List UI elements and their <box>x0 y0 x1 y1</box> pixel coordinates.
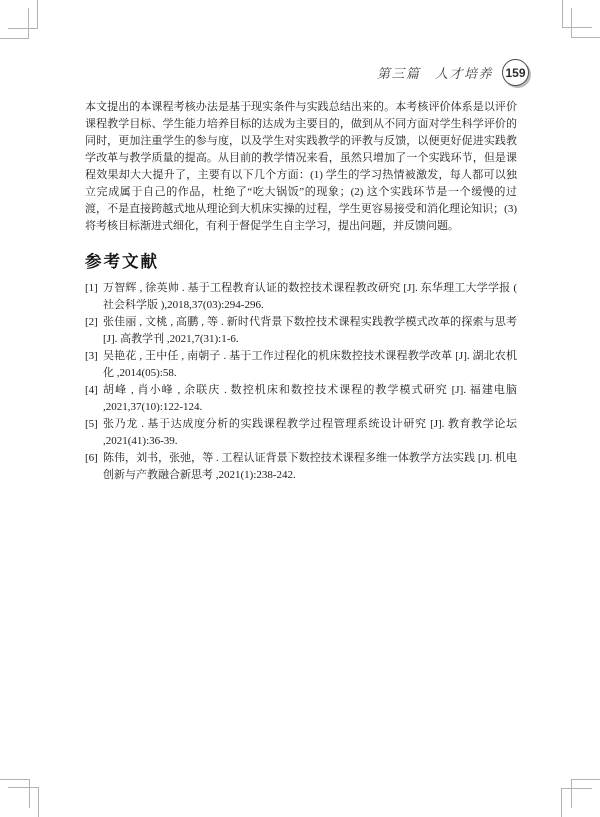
reference-item: [6] 陈伟，刘书，张弛，等 . 工程认证背景下数控技术课程多维一体教学方法实践… <box>85 450 517 484</box>
reference-text: 张乃龙 . 基于达成度分析的实践课程教学过程管理系统设计研究 [J]. 教育教学… <box>103 418 517 447</box>
section-title: 第三篇 人才培养 <box>377 63 493 82</box>
book-page: 第三篇 人才培养 159 本文提出的本课程考核办法是基于现实条件与实践总结出来的… <box>0 0 600 817</box>
corner-mark-top-right-inner <box>571 8 600 38</box>
corner-mark-bottom-right-inner <box>561 788 592 817</box>
reference-text: 胡峰 , 肖小峰 , 余联庆 . 数控机床和数控技术课程的教学模式研究 [J].… <box>103 384 517 413</box>
references-list: [1] 万智辉 , 徐英帅 . 基于工程教育认证的数控技术课程教改研究 [J].… <box>85 280 517 484</box>
running-header: 第三篇 人才培养 159 <box>377 59 529 86</box>
page-number-badge: 159 <box>502 59 529 86</box>
reference-text: 万智辉 , 徐英帅 . 基于工程教育认证的数控技术课程教改研究 [J]. 东华理… <box>103 282 517 311</box>
body-paragraph: 本文提出的本课程考核办法是基于现实条件与实践总结出来的。本考核评价体系是以评价课… <box>85 99 517 235</box>
text-column: 本文提出的本课程考核办法是基于现实条件与实践总结出来的。本考核评价体系是以评价课… <box>85 99 517 484</box>
corner-mark-bottom-left-inner <box>8 787 39 817</box>
reference-item: [4] 胡峰 , 肖小峰 , 余联庆 . 数控机床和数控技术课程的教学模式研究 … <box>85 382 517 416</box>
reference-item: [2] 张佳丽 , 文桃 , 高鹏 , 等 . 新时代背景下数控技术课程实践教学… <box>85 314 517 348</box>
reference-marker: [4] <box>85 382 98 399</box>
reference-marker: [2] <box>85 314 98 331</box>
reference-marker: [5] <box>85 416 98 433</box>
reference-marker: [1] <box>85 280 98 297</box>
reference-text: 陈伟，刘书，张弛，等 . 工程认证背景下数控技术课程多维一体教学方法实践 [J]… <box>103 452 517 481</box>
reference-item: [5] 张乃龙 . 基于达成度分析的实践课程教学过程管理系统设计研究 [J]. … <box>85 416 517 450</box>
reference-text: 吴艳花 , 王中任 , 南朝子 . 基于工作过程化的机床数控技术课程教学改革 [… <box>103 350 517 379</box>
corner-mark-top-left-inner <box>0 8 29 39</box>
reference-marker: [3] <box>85 348 98 365</box>
reference-item: [1] 万智辉 , 徐英帅 . 基于工程教育认证的数控技术课程教改研究 [J].… <box>85 280 517 314</box>
reference-marker: [6] <box>85 450 98 467</box>
reference-item: [3] 吴艳花 , 王中任 , 南朝子 . 基于工作过程化的机床数控技术课程教学… <box>85 348 517 382</box>
reference-text: 张佳丽 , 文桃 , 高鹏 , 等 . 新时代背景下数控技术课程实践教学模式改革… <box>103 316 517 345</box>
references-heading: 参考文献 <box>85 248 517 272</box>
